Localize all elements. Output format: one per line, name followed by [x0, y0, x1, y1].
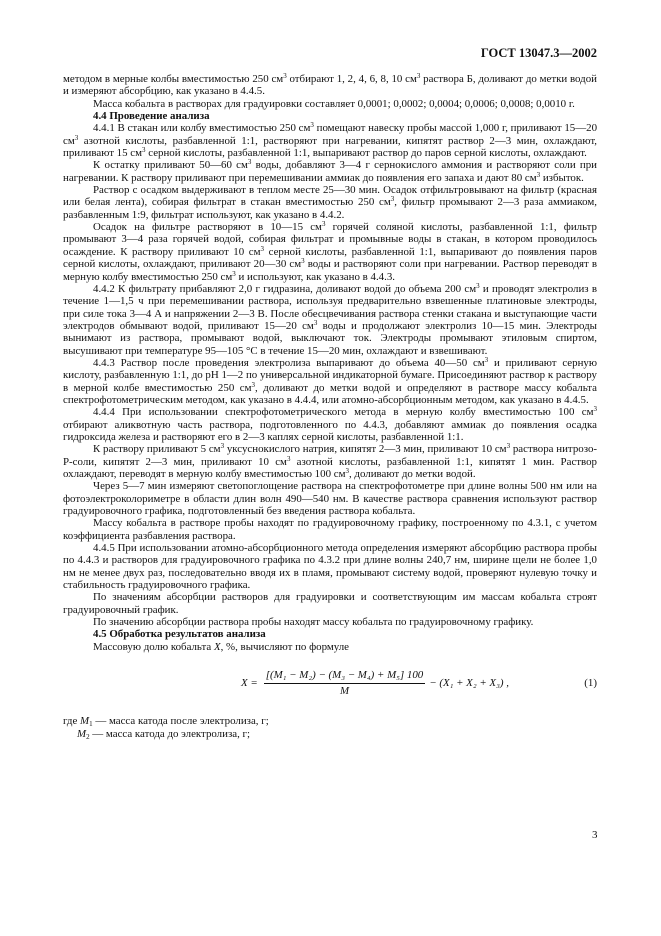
paragraph-4-4-5: 4.4.5 При использовании атомно-абсорбцио…	[63, 542, 597, 591]
paragraph: По значениям абсорбции растворов для гра…	[63, 591, 597, 616]
paragraph: Масса кобальта в растворах для градуиров…	[63, 98, 597, 110]
section-heading-4-4: 4.4 Проведение анализа	[63, 110, 597, 122]
definitions-list: где M1 — масса катода после электролиза,…	[63, 715, 597, 740]
fraction: [(M₁ − M₂) − (M₃ − M₄) + M₅] 100 M	[264, 669, 426, 697]
paragraph-4-4-2: 4.4.2 К фильтрату прибавляют 2,0 г гидра…	[63, 283, 597, 357]
document-header: ГОСТ 13047.3—2002	[481, 46, 597, 61]
paragraph-4-4-1: 4.4.1 В стакан или колбу вместимостью 25…	[63, 122, 597, 159]
paragraph: Через 5—7 мин измеряют светопоглощение р…	[63, 480, 597, 517]
definition-item: M2 — масса катода до электролиза, г;	[63, 728, 597, 740]
formula-numerator: [(M₁ − M₂) − (M₃ − M₄) + M₅] 100	[264, 669, 426, 683]
formula-rhs: − (X₁ + X₂ + X₃) ,	[429, 677, 509, 689]
paragraph-4-4-4: 4.4.4 При использовании спектрофотометри…	[63, 406, 597, 443]
section-heading-4-5: 4.5 Обработка результатов анализа	[63, 628, 597, 640]
paragraph: Осадок на фильтре растворяют в 10—15 см3…	[63, 221, 597, 283]
paragraph: Раствор с осадком выдерживают в теплом м…	[63, 184, 597, 221]
paragraph: По значению абсорбции раствора пробы нах…	[63, 616, 597, 628]
paragraph-4-4-3: 4.4.3 Раствор после проведения электроли…	[63, 357, 597, 406]
formula-denominator: M	[340, 684, 349, 697]
page-number: 3	[592, 829, 598, 841]
paragraph: Массу кобальта в растворе пробы находят …	[63, 517, 597, 542]
paragraph: Массовую долю кобальта X, %, вычисляют п…	[63, 641, 597, 653]
paragraph: методом в мерные колбы вместимостью 250 …	[63, 73, 597, 98]
paragraph: К раствору приливают 5 см3 уксуснокислог…	[63, 443, 597, 480]
formula-number: (1)	[584, 677, 597, 689]
paragraph: К остатку приливают 50—60 см3 воды, доба…	[63, 159, 597, 184]
definition-item: где M1 — масса катода после электролиза,…	[63, 715, 597, 727]
formula-1: X = [(M₁ − M₂) − (M₃ − M₄) + M₅] 100 M −…	[63, 663, 597, 707]
document-body: методом в мерные колбы вместимостью 250 …	[63, 73, 597, 740]
formula-lhs: X =	[241, 677, 258, 689]
